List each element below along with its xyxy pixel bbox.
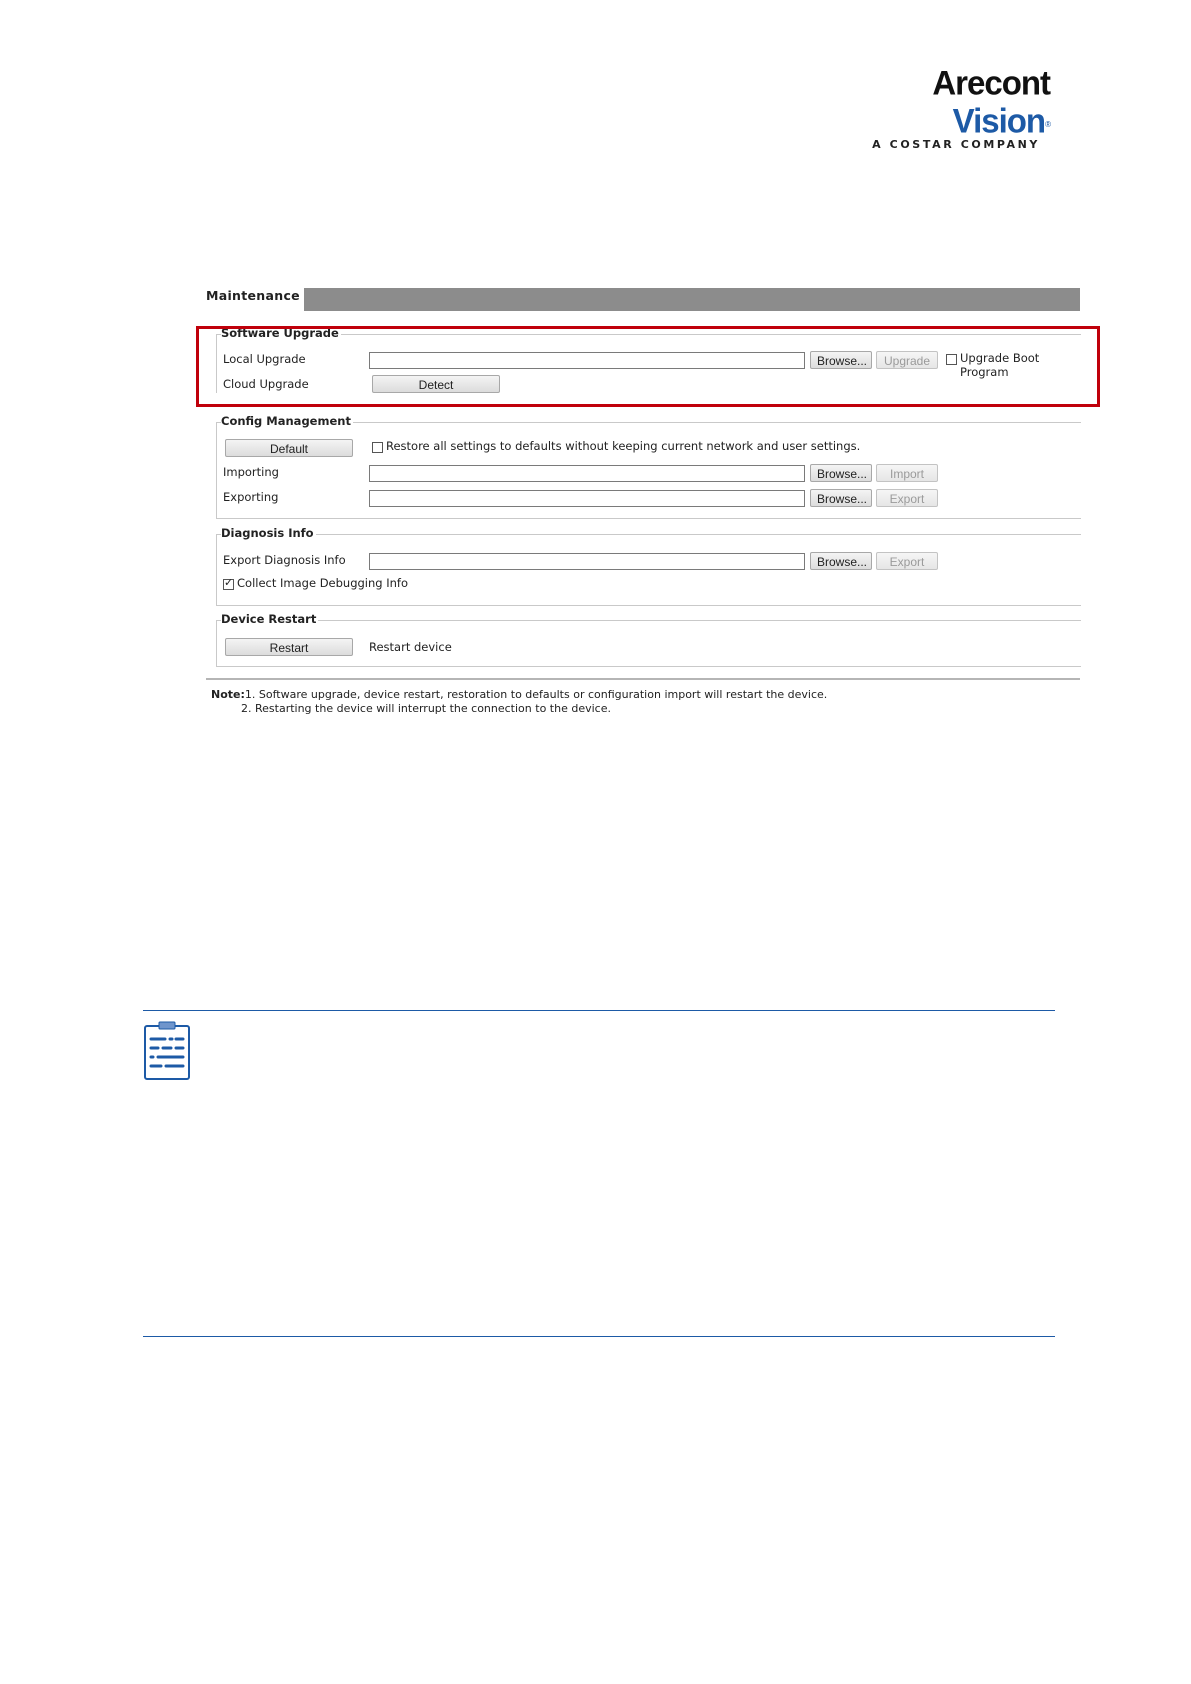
exporting-file-input[interactable] [369, 490, 805, 507]
note-box-bottom-rule [143, 1336, 1055, 1337]
restart-button[interactable]: Restart [225, 638, 353, 656]
note-line-2: 2. Restarting the device will interrupt … [211, 702, 827, 716]
collect-image-debugging-label: Collect Image Debugging Info [237, 576, 408, 590]
restart-description: Restart device [369, 640, 452, 654]
panel-title-bar [304, 288, 1080, 311]
export-diagnosis-label: Export Diagnosis Info [223, 553, 346, 567]
export-diagnosis-button[interactable]: Export [876, 552, 938, 570]
note-box-top-rule [143, 1010, 1055, 1011]
group-device-restart: Device Restart Restart Restart device [216, 620, 1081, 667]
import-button[interactable]: Import [876, 464, 938, 482]
software-upgrade-highlight [196, 326, 1100, 407]
logo-brand-primary: Arecont [932, 63, 1050, 102]
logo-brand-secondary: Vision [953, 101, 1045, 140]
panel-title: Maintenance [206, 288, 300, 303]
collect-image-debugging-checkbox[interactable] [223, 579, 234, 590]
import-browse-button[interactable]: Browse... [810, 464, 872, 482]
legend-device-restart: Device Restart [221, 612, 318, 626]
export-config-button[interactable]: Export [876, 489, 938, 507]
note-prefix: Note: [211, 688, 245, 701]
default-button[interactable]: Default [225, 439, 353, 457]
group-config-management: Config Management Default Restore all se… [216, 422, 1081, 519]
restore-defaults-label: Restore all settings to defaults without… [386, 439, 860, 453]
export-diagnosis-file-input[interactable] [369, 553, 805, 570]
panel-bottom-rule [206, 678, 1080, 680]
logo-wordmark: Arecont Vision® [830, 64, 1050, 140]
legend-diagnosis-info: Diagnosis Info [221, 526, 316, 540]
group-diagnosis-info: Diagnosis Info Export Diagnosis Info Bro… [216, 534, 1081, 606]
restore-defaults-checkbox[interactable] [372, 442, 383, 453]
panel-note: Note:1. Software upgrade, device restart… [211, 688, 827, 716]
exporting-label: Exporting [223, 490, 278, 504]
legend-config-management: Config Management [221, 414, 353, 428]
diagnosis-browse-button[interactable]: Browse... [810, 552, 872, 570]
importing-file-input[interactable] [369, 465, 805, 482]
note-line-1: Note:1. Software upgrade, device restart… [211, 688, 827, 702]
logo-trademark: ® [1045, 120, 1050, 129]
clipboard-note-icon [143, 1021, 193, 1085]
logo-tagline: A COSTAR COMPANY [830, 138, 1050, 151]
note-line-1-text: 1. Software upgrade, device restart, res… [245, 688, 827, 701]
importing-label: Importing [223, 465, 279, 479]
export-browse-button[interactable]: Browse... [810, 489, 872, 507]
arecont-vision-logo: Arecont Vision® A COSTAR COMPANY [830, 66, 1050, 151]
